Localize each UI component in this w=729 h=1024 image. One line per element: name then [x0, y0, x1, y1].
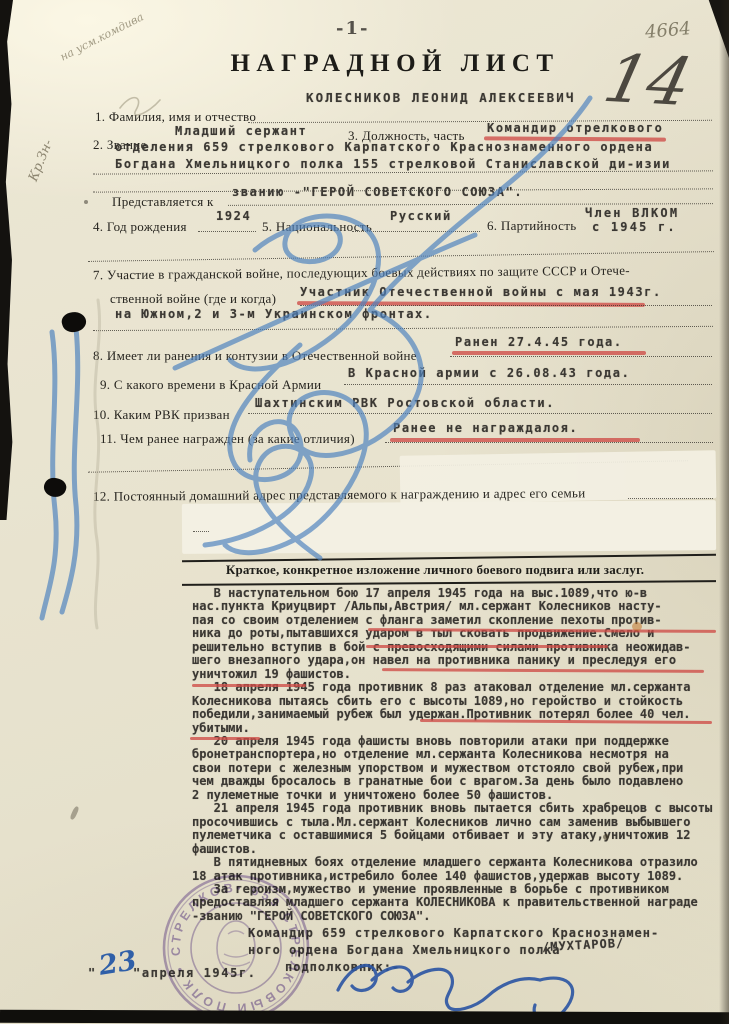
blue-pencil-scribble: [42, 98, 590, 618]
scan-edge-bottom: [0, 1010, 729, 1024]
paper-stain: [603, 834, 609, 840]
pencil-flourish: [120, 98, 160, 115]
award-sheet-document: -1- 4664 на усм.комдива Кр.Зн- НАГРАДНОЙ…: [0, 0, 729, 1024]
paper-stain: [632, 622, 642, 631]
pencil-margin-scrawl: [95, 300, 100, 628]
scan-edge-right-shadow: [719, 0, 729, 1024]
paper-stain: [84, 200, 88, 204]
ink-annotations: [0, 0, 729, 1024]
ink-annotations-svg: [0, 0, 729, 1024]
